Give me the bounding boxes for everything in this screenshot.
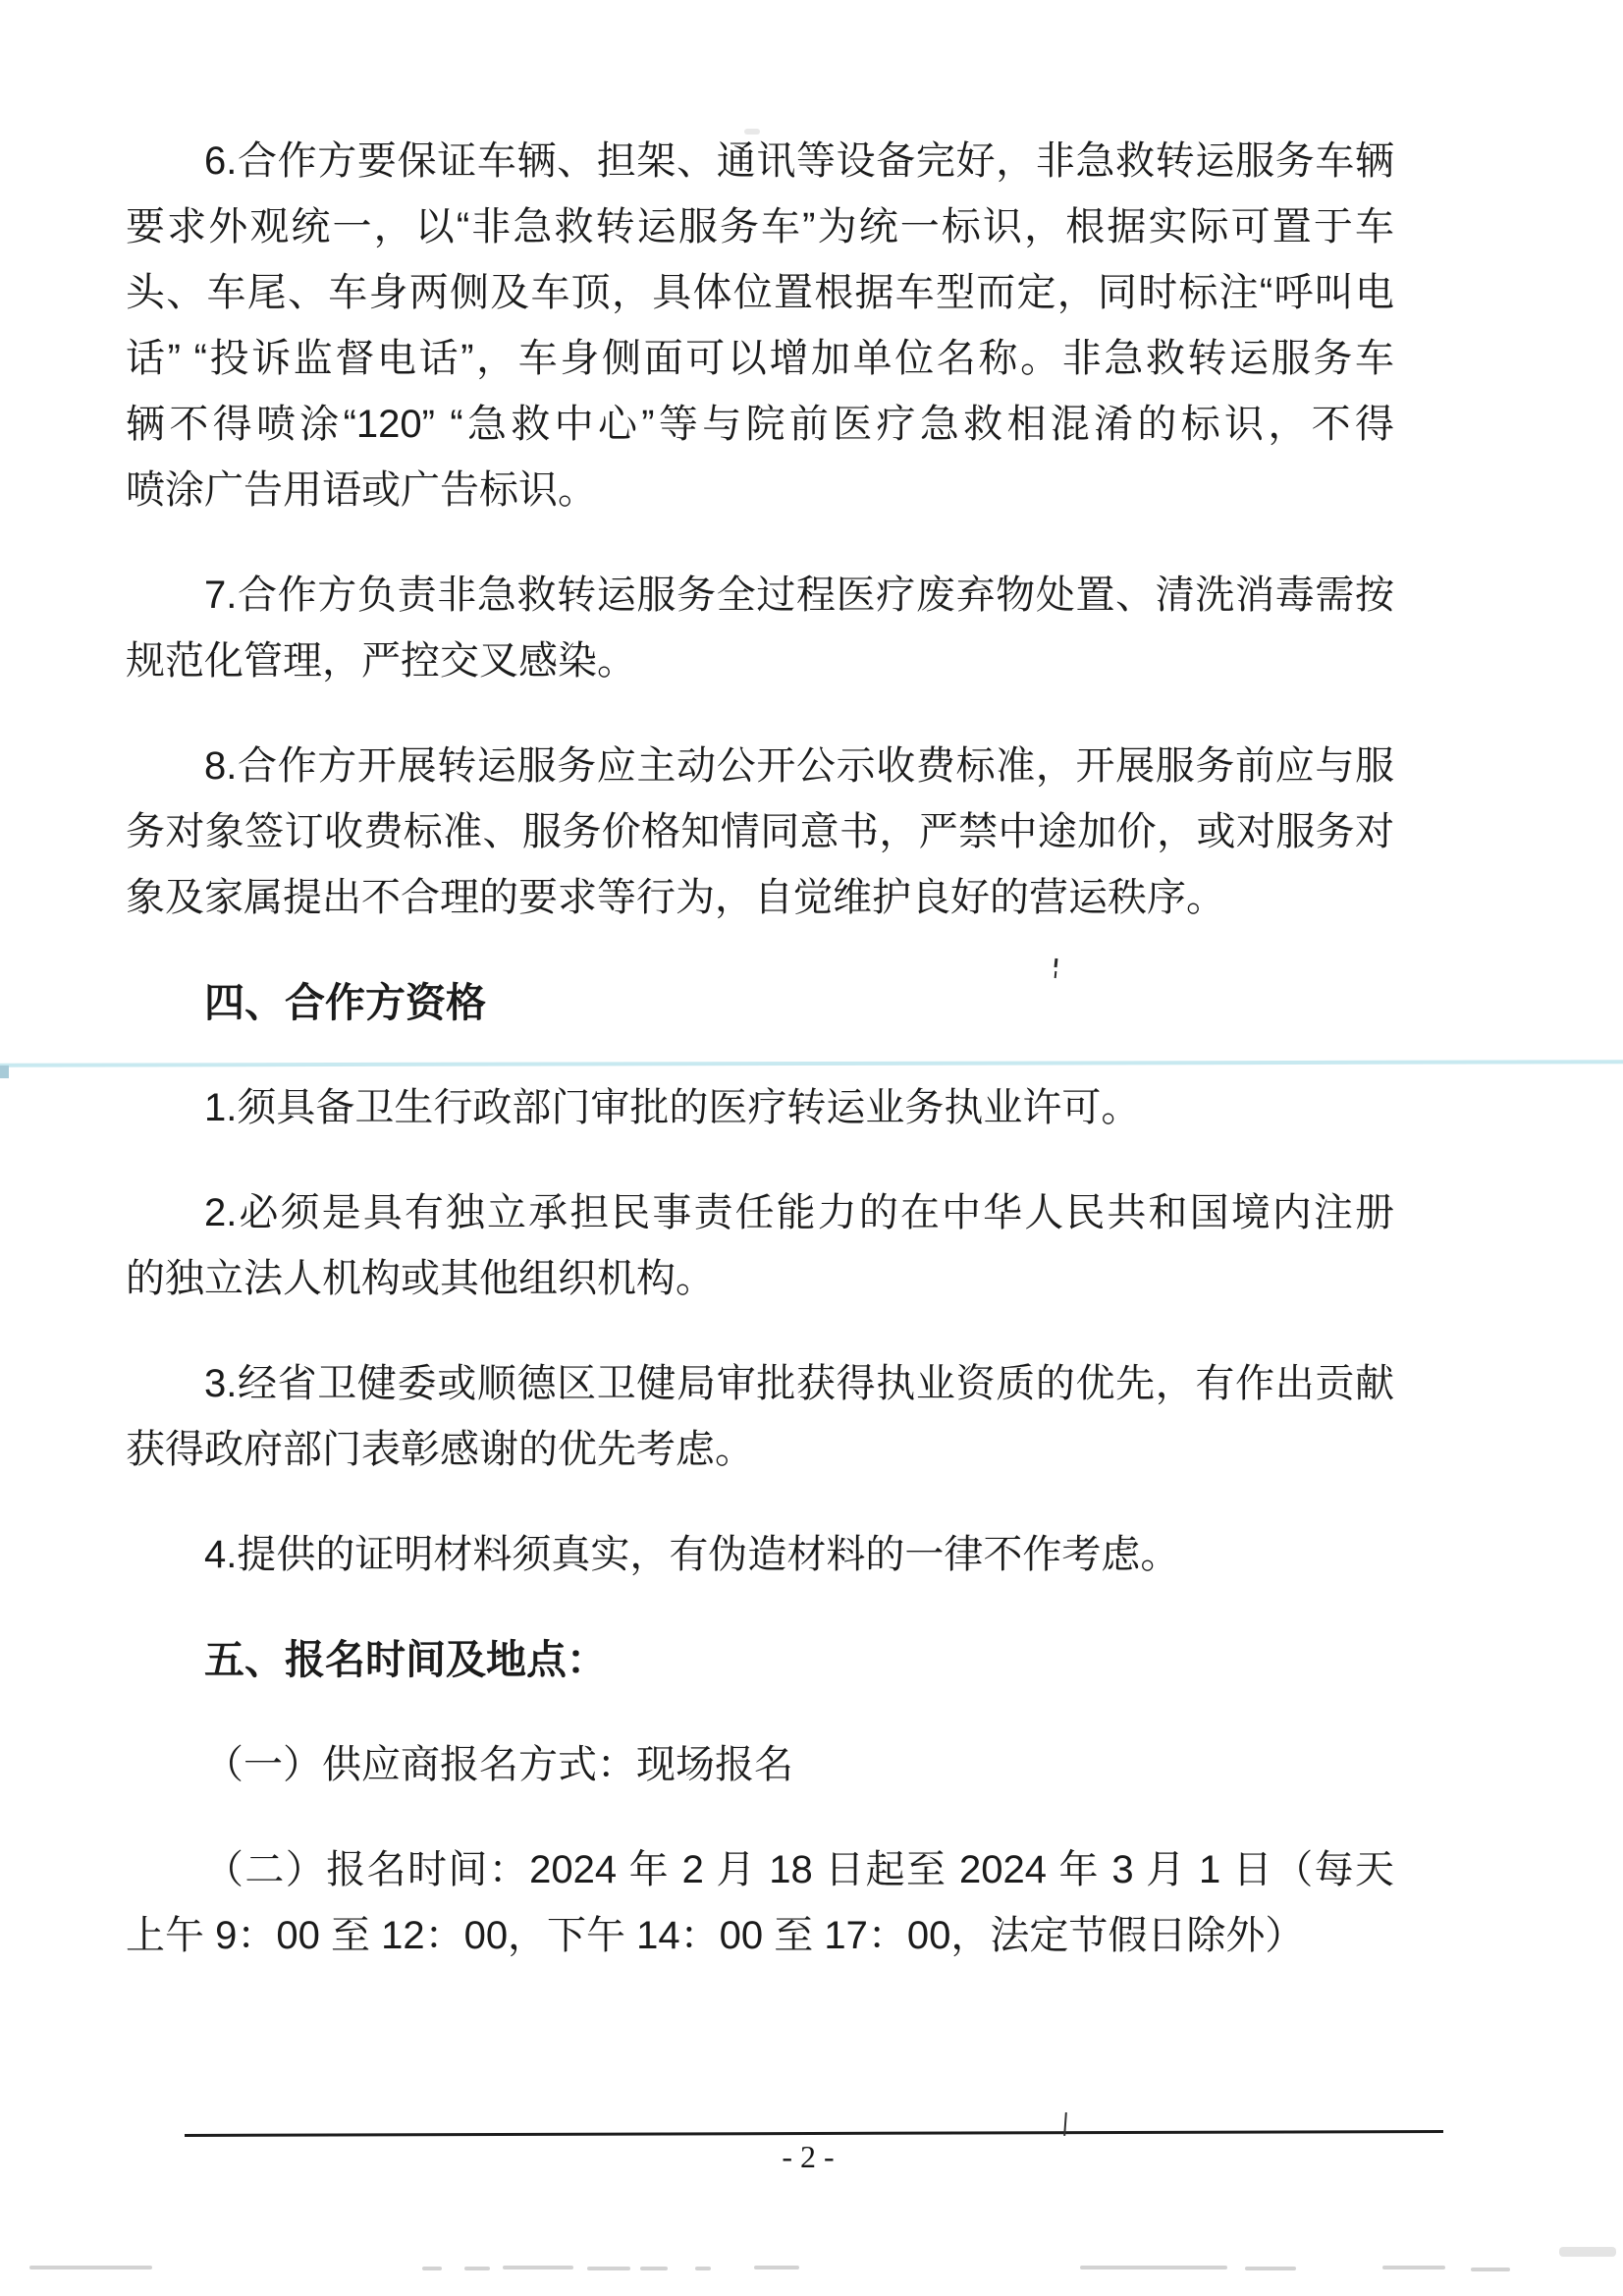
- text-line: 头、车尾、车身两侧及车顶，具体位置根据车型而定，同时标注“呼叫电: [126, 260, 1394, 326]
- stray-ink-mark: [1055, 958, 1058, 980]
- heading-text: 五、报名时间及地点：: [126, 1627, 1394, 1693]
- text-line: 获得政府部门表彰感谢的优先考虑。: [126, 1417, 1394, 1483]
- paragraph-8: 8.合作方开展转运服务应主动公开公示收费标准，开展服务前应与服 务对象签订收费标…: [126, 734, 1394, 931]
- text-line: 务对象签订收费标准、服务价格知情同意书，严禁中途加价，或对服务对: [126, 799, 1394, 865]
- text-line: （一）供应商报名方式：现场报名: [126, 1732, 1394, 1798]
- text-line: 2.必须是具有独立承担民事责任能力的在中华人民共和国境内注册: [126, 1180, 1394, 1246]
- text-line: 8.合作方开展转运服务应主动公开公示收费标准，开展服务前应与服: [126, 734, 1394, 799]
- registration-method: （一）供应商报名方式：现场报名: [126, 1732, 1394, 1798]
- text-line: 要求外观统一，以“非急救转运服务车”为统一标识，根据实际可置于车: [126, 194, 1394, 260]
- text-line: 4.提供的证明材料须真实，有伪造材料的一律不作考虑。: [126, 1522, 1394, 1588]
- text-line: 规范化管理，严控交叉感染。: [126, 629, 1394, 694]
- paragraph-6: 6.合作方要保证车辆、担架、通讯等设备完好，非急救转运服务车辆 要求外观统一，以…: [126, 129, 1394, 523]
- qualification-item-2: 2.必须是具有独立承担民事责任能力的在中华人民共和国境内注册 的独立法人机构或其…: [126, 1180, 1394, 1312]
- section-heading-4: 四、合作方资格: [126, 970, 1394, 1036]
- heading-text: 四、合作方资格: [126, 970, 1394, 1036]
- text-line: 上午 9：00 至 12：00，下午 14：00 至 17：00，法定节假日除外…: [126, 1903, 1394, 1969]
- document-page: 6.合作方要保证车辆、担架、通讯等设备完好，非急救转运服务车辆 要求外观统一，以…: [0, 0, 1623, 2296]
- text-line: 7.合作方负责非急救转运服务全过程医疗废弃物处置、清洗消毒需按: [126, 563, 1394, 629]
- page-number: - 2 -: [754, 2139, 862, 2175]
- text-line: 辆不得喷涂“120” “急救中心”等与院前医疗急救相混淆的标识，不得: [126, 392, 1394, 458]
- registration-time: （二）报名时间：2024 年 2 月 18 日起至 2024 年 3 月 1 日…: [126, 1837, 1394, 1969]
- scan-streak-edge-mark: [0, 1066, 9, 1078]
- qualification-item-1: 1.须具备卫生行政部门审批的医疗转运业务执业许可。: [126, 1075, 1394, 1141]
- text-line: 3.经省卫健委或顺德区卫健局审批获得执业资质的优先，有作出贡献: [126, 1351, 1394, 1417]
- text-line: 象及家属提出不合理的要求等行为，自觉维护良好的营运秩序。: [126, 865, 1394, 931]
- scan-edge-artifacts: [0, 2264, 1623, 2273]
- text-line: 6.合作方要保证车辆、担架、通讯等设备完好，非急救转运服务车辆: [126, 129, 1394, 194]
- text-line: 话” “投诉监督电话”，车身侧面可以增加单位名称。非急救转运服务车: [126, 326, 1394, 392]
- section-heading-5: 五、报名时间及地点：: [126, 1627, 1394, 1693]
- document-body: 6.合作方要保证车辆、担架、通讯等设备完好，非急救转运服务车辆 要求外观统一，以…: [126, 129, 1394, 2008]
- text-line: （二）报名时间：2024 年 2 月 18 日起至 2024 年 3 月 1 日…: [126, 1837, 1394, 1903]
- paragraph-7: 7.合作方负责非急救转运服务全过程医疗废弃物处置、清洗消毒需按 规范化管理，严控…: [126, 563, 1394, 694]
- footer-divider: [185, 2130, 1443, 2137]
- qualification-item-4: 4.提供的证明材料须真实，有伪造材料的一律不作考虑。: [126, 1522, 1394, 1588]
- qualification-item-3: 3.经省卫健委或顺德区卫健局审批获得执业资质的优先，有作出贡献 获得政府部门表彰…: [126, 1351, 1394, 1483]
- text-line: 1.须具备卫生行政部门审批的医疗转运业务执业许可。: [126, 1075, 1394, 1141]
- text-line: 喷涂广告用语或广告标识。: [126, 458, 1394, 523]
- text-line: 的独立法人机构或其他组织机构。: [126, 1246, 1394, 1312]
- corner-smudge: [1559, 2247, 1616, 2257]
- scan-smudge: [744, 129, 760, 135]
